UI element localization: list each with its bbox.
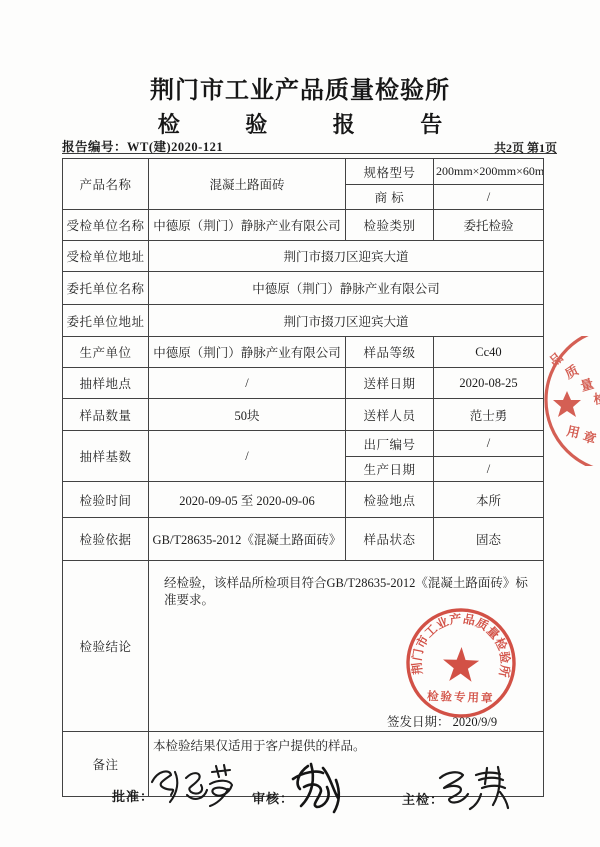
inspection-time-label: 检验时间 (63, 482, 149, 518)
sample-grade-label: 样品等级 (346, 337, 434, 368)
inspection-basis-value: GB/T28635-2012《混凝土路面砖》 (149, 518, 346, 561)
review-signature (286, 760, 348, 816)
conclusion-cell: 经检验，该样品所检项目符合GB/T28635-2012《混凝土路面砖》标准要求。… (149, 561, 544, 732)
sample-quantity-value: 50块 (149, 399, 346, 431)
inspected-unit-address-value: 荆门市掇刀区迎宾大道 (149, 241, 544, 272)
table-row: 抽样地点 / 送样日期 2020-08-25 (63, 368, 544, 399)
conclusion-content: 经检验，该样品所检项目符合GB/T28635-2012《混凝土路面砖》标准要求。… (149, 562, 543, 730)
org-title: 荆门市工业产品质量检验所 (0, 70, 600, 105)
table-row: 检验时间 2020-09-05 至 2020-09-06 检验地点 本所 (63, 482, 544, 518)
report-table: 产品名称 混凝土路面砖 规格型号 200mm×200mm×60mm 商 标 / … (62, 158, 544, 797)
inspection-seal-stamp: 荆门市工业产品质量检验所 检验专用章 (401, 602, 521, 724)
sample-grade-value: Cc40 (434, 337, 544, 368)
inspected-unit-name-label: 受检单位名称 (63, 210, 149, 241)
factory-no-value: / (434, 431, 544, 457)
table-row: 抽样基数 / 出厂编号 / (63, 431, 544, 457)
sample-quantity-label: 样品数量 (63, 399, 149, 431)
producer-value: 中德原（荆门）静脉产业有限公司 (149, 337, 346, 368)
table-row: 委托单位地址 荆门市掇刀区迎宾大道 (63, 305, 544, 337)
inspection-basis-label: 检验依据 (63, 518, 149, 561)
client-unit-address-label: 委托单位地址 (63, 305, 149, 337)
stamp-bottom-text: 检验专用章 (427, 689, 495, 705)
table-row: 生产单位 中德原（荆门）静脉产业有限公司 样品等级 Cc40 (63, 337, 544, 368)
sample-state-value: 固态 (434, 518, 544, 561)
issue-date: 签发日期： 2020/9/9 (387, 712, 497, 730)
product-name-label: 产品名称 (63, 159, 149, 210)
spec-model-value: 200mm×200mm×60mm (434, 159, 544, 185)
client-unit-address-value: 荆门市掇刀区迎宾大道 (149, 305, 544, 337)
partial-stamp-char: 检 (593, 391, 600, 407)
table-row: 样品数量 50块 送样人员 范士勇 (63, 399, 544, 431)
star-icon (442, 646, 479, 682)
partial-stamp: 品 质 量 检 用 章 (538, 336, 600, 466)
client-unit-name-value: 中德原（荆门）静脉产业有限公司 (149, 272, 544, 305)
header-rule (62, 153, 557, 154)
client-unit-name-label: 委托单位名称 (63, 272, 149, 305)
product-name-value: 混凝土路面砖 (149, 159, 346, 210)
inspection-category-label: 检验类别 (346, 210, 434, 241)
table-row: 受检单位名称 中德原（荆门）静脉产业有限公司 检验类别 委托检验 (63, 210, 544, 241)
delivery-date-label: 送样日期 (346, 368, 434, 399)
inspection-time-value: 2020-09-05 至 2020-09-06 (149, 482, 346, 518)
delivery-date-value: 2020-08-25 (434, 368, 544, 399)
partial-stamp-char: 章 (581, 429, 598, 447)
trademark-value: / (434, 185, 544, 210)
spec-model-label: 规格型号 (346, 159, 434, 185)
inspection-place-label: 检验地点 (346, 482, 434, 518)
doc-title: 检 验 报 告 (0, 108, 600, 139)
sampling-base-label: 抽样基数 (63, 431, 149, 482)
partial-star-icon (553, 391, 581, 417)
inspected-unit-address-label: 受检单位地址 (63, 241, 149, 272)
table-row: 产品名称 混凝土路面砖 规格型号 200mm×200mm×60mm (63, 159, 544, 185)
inspection-place-value: 本所 (434, 482, 544, 518)
remark-text: 本检验结果仅适用于客户提供的样品。 (149, 733, 543, 754)
sampling-base-value: / (149, 431, 346, 482)
table-row: 受检单位地址 荆门市掇刀区迎宾大道 (63, 241, 544, 272)
report-number-label: 报告编号： (62, 140, 127, 154)
report-number-value: WT(建)2020-121 (127, 140, 223, 154)
report-page: 荆门市工业产品质量检验所 检 验 报 告 报告编号：WT(建)2020-121 … (0, 0, 600, 847)
approve-signature (144, 762, 239, 812)
sample-state-label: 样品状态 (346, 518, 434, 561)
table-row: 委托单位名称 中德原（荆门）静脉产业有限公司 (63, 272, 544, 305)
sampling-place-value: / (149, 368, 346, 399)
production-date-value: / (434, 457, 544, 482)
table-row: 检验依据 GB/T28635-2012《混凝土路面砖》 样品状态 固态 (63, 518, 544, 561)
inspected-unit-name-value: 中德原（荆门）静脉产业有限公司 (149, 210, 346, 241)
partial-stamp-char: 用 (565, 423, 581, 440)
inspection-category-value: 委托检验 (434, 210, 544, 241)
producer-label: 生产单位 (63, 337, 149, 368)
factory-no-label: 出厂编号 (346, 431, 434, 457)
delivery-person-value: 范士勇 (434, 399, 544, 431)
sampling-place-label: 抽样地点 (63, 368, 149, 399)
conclusion-label: 检验结论 (63, 561, 149, 732)
production-date-label: 生产日期 (346, 457, 434, 482)
table-row: 检验结论 经检验，该样品所检项目符合GB/T28635-2012《混凝土路面砖》… (63, 561, 544, 732)
chief-signature (434, 764, 519, 814)
delivery-person-label: 送样人员 (346, 399, 434, 431)
trademark-label: 商 标 (346, 185, 434, 210)
